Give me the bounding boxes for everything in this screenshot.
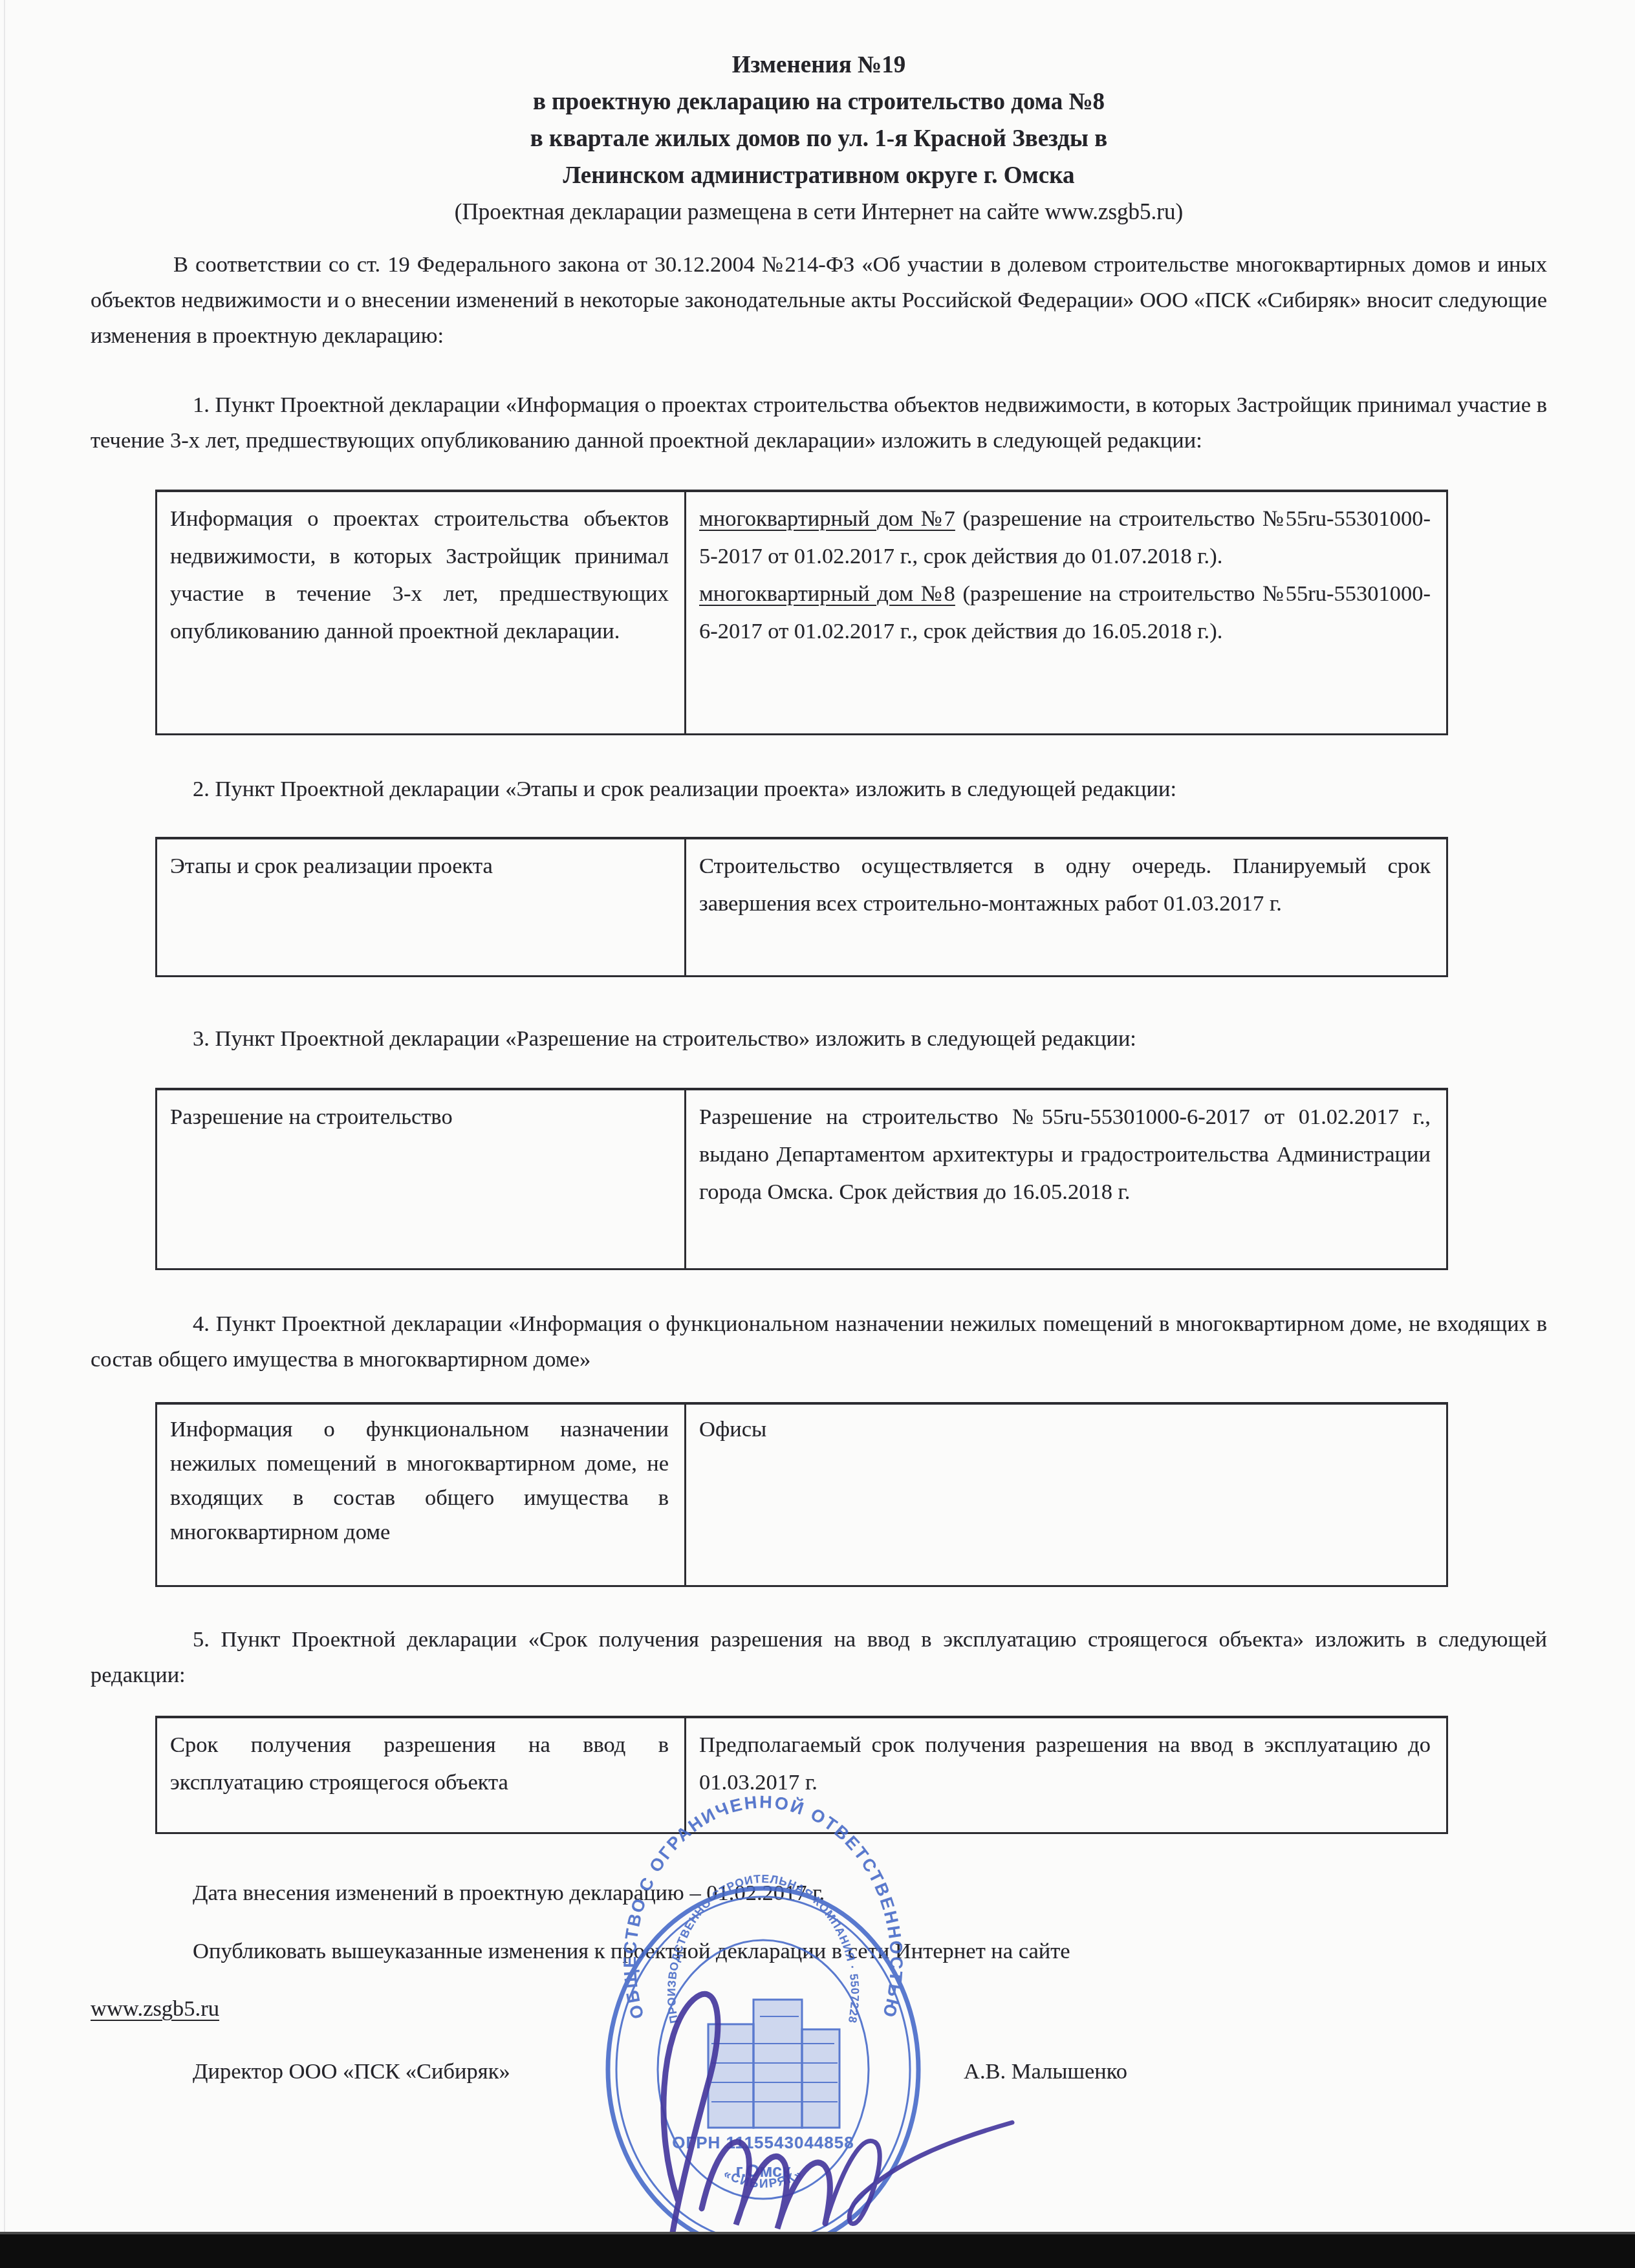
item-1-paragraph: 1. Пункт Проектной декларации «Информаци… <box>91 387 1547 459</box>
director-label: Директор ООО «ПСК «Сибиряк» <box>193 2059 510 2084</box>
table-row: Информация о проектах строительства объе… <box>157 491 1447 734</box>
website-url: www.zsgb5.ru <box>91 1996 219 2021</box>
table-3: Разрешение на строительство Разрешение н… <box>155 1088 1448 1270</box>
page-subtitle: (Проектная декларации размещена в сети И… <box>91 194 1547 230</box>
table-4: Информация о функциональном назначении н… <box>155 1402 1448 1588</box>
table-2: Этапы и срок реализации проекта Строител… <box>155 837 1448 978</box>
table-5-left-cell: Срок получения разрешения на ввод в эксп… <box>157 1717 686 1833</box>
table-row: Срок получения разрешения на ввод в эксп… <box>157 1717 1447 1833</box>
table-4-right-cell: Офисы <box>686 1403 1447 1586</box>
intro-paragraph: В соответствии со ст. 19 Федерального за… <box>91 247 1547 354</box>
stamp-ring-text-name: «СИБИРЯК» <box>721 2167 805 2191</box>
page-title-line-2: в проектную декларацию на строительство … <box>91 83 1547 120</box>
scan-bottom-band <box>0 2232 1635 2268</box>
table-5-right-cell: Предполагаемый срок получения разрешения… <box>686 1717 1447 1833</box>
website-line: www.zsgb5.ru <box>91 1991 1547 2027</box>
table-2-left-cell: Этапы и срок реализации проекта <box>157 838 686 977</box>
table-row: Разрешение на строительство Разрешение н… <box>157 1089 1447 1269</box>
stamp-city-text: г.Омск <box>735 2161 791 2181</box>
item-5-paragraph: 5. Пункт Проектной декларации «Срок полу… <box>91 1622 1547 1693</box>
table-5: Срок получения разрешения на ввод в эксп… <box>155 1716 1448 1835</box>
house-7-underlined: многоквартирный дом №7 <box>699 506 955 531</box>
stamp-ogrn-text: ОГРН 1115543044858 <box>672 2133 854 2152</box>
publish-line: Опубликовать вышеуказанные изменения к п… <box>91 1934 1547 1969</box>
house-8-underlined: многоквартирный дом №8 <box>699 581 955 606</box>
date-of-changes-line: Дата внесения изменений в проектную декл… <box>91 1875 1547 1911</box>
item-4-paragraph: 4. Пункт Проектной декларации «Информаци… <box>91 1306 1547 1377</box>
table-1-right-paragraph-2: многоквартирный дом №8 (разрешение на ст… <box>699 575 1431 650</box>
table-row: Этапы и срок реализации проекта Строител… <box>157 838 1447 977</box>
table-3-right-cell: Разрешение на строительство №55ru-553010… <box>686 1089 1447 1269</box>
table-1: Информация о проектах строительства объе… <box>155 490 1448 735</box>
scan-edge-artifact <box>4 0 5 2234</box>
item-2-paragraph: 2. Пункт Проектной декларации «Этапы и с… <box>91 772 1547 807</box>
table-3-left-cell: Разрешение на строительство <box>157 1089 686 1269</box>
page-title-line-4: Ленинском административном округе г. Омс… <box>91 157 1547 194</box>
table-1-left-cell: Информация о проектах строительства объе… <box>157 491 686 734</box>
signature-row: Директор ООО «ПСК «Сибиряк» А.В. Малышен… <box>91 2059 1547 2098</box>
table-4-left-cell: Информация о функциональном назначении н… <box>157 1403 686 1586</box>
item-3-paragraph: 3. Пункт Проектной декларации «Разрешени… <box>91 1021 1547 1057</box>
page-title-line-1: Изменения №19 <box>91 47 1547 83</box>
table-1-right-cell: многоквартирный дом №7 (разрешение на ст… <box>686 491 1447 734</box>
document-content: Изменения №19 в проектную декларацию на … <box>91 47 1547 2098</box>
table-row: Информация о функциональном назначении н… <box>157 1403 1447 1586</box>
table-2-right-cell: Строительство осуществляется в одну очер… <box>686 838 1447 977</box>
scanned-document-page: Изменения №19 в проектную декларацию на … <box>0 0 1635 2268</box>
table-1-right-paragraph-1: многоквартирный дом №7 (разрешение на ст… <box>699 500 1431 575</box>
svg-text:«СИБИРЯК»: «СИБИРЯК» <box>721 2167 805 2191</box>
director-name: А.В. Малышенко <box>964 2059 1127 2084</box>
page-title-line-3: в квартале жилых домов по ул. 1-я Красно… <box>91 120 1547 157</box>
